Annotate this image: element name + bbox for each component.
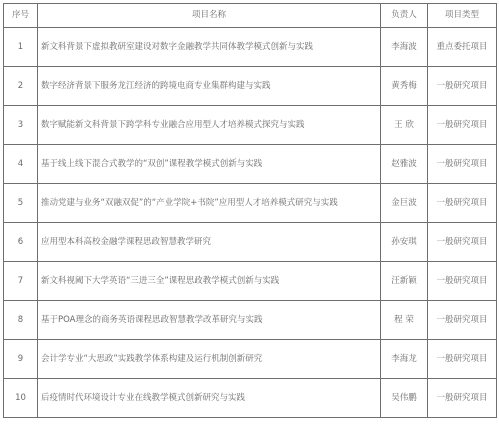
header-type: 项目类型: [428, 4, 497, 28]
row-type: 一般研究项目: [428, 145, 497, 184]
row-number: 1: [4, 28, 38, 67]
row-number: 8: [4, 301, 38, 340]
row-type: 一般研究项目: [428, 106, 497, 145]
table-row: 4 基于线上线下混合式教学的“双创”课程教学模式创新与实践 赵雅波 一般研究项目: [4, 145, 497, 184]
table-row: 5 推动党建与业务“双融双促”的“产业学院+书院”应用型人才培养模式研究与实践 …: [4, 184, 497, 223]
row-title: 后疫情时代环境设计专业在线教学模式创新研究与实践: [38, 379, 381, 418]
row-number: 10: [4, 379, 38, 418]
row-leader: 汪新颖: [381, 262, 428, 301]
row-title: 数字赋能新文科背景下跨学科专业融合应用型人才培养模式探究与实践: [38, 106, 381, 145]
row-leader: 黄秀梅: [381, 67, 428, 106]
row-number: 3: [4, 106, 38, 145]
row-title: 数字经济背景下服务龙江经济的跨境电商专业集群构建与实践: [38, 67, 381, 106]
row-number: 7: [4, 262, 38, 301]
row-title: 基于POA理念的商务英语课程思政智慧教学改革研究与实践: [38, 301, 381, 340]
row-type: 一般研究项目: [428, 301, 497, 340]
table-row: 9 会计学专业“大思政”实践教学体系构建及运行机制创新研究 李海龙 一般研究项目: [4, 340, 497, 379]
row-number: 5: [4, 184, 38, 223]
row-title: 新文科视阈下大学英语“三进三全”课程思政教学模式创新与实践: [38, 262, 381, 301]
row-title: 新文科背景下虚拟教研室建设对数字金融教学共同体教学模式创新与实践: [38, 28, 381, 67]
row-leader: 李海波: [381, 28, 428, 67]
table-row: 6 应用型本科高校金融学课程思政智慧教学研究 孙安琪 一般研究项目: [4, 223, 497, 262]
row-type: 一般研究项目: [428, 223, 497, 262]
row-title: 推动党建与业务“双融双促”的“产业学院+书院”应用型人才培养模式研究与实践: [38, 184, 381, 223]
table-row: 7 新文科视阈下大学英语“三进三全”课程思政教学模式创新与实践 汪新颖 一般研究…: [4, 262, 497, 301]
table-row: 1 新文科背景下虚拟教研室建设对数字金融教学共同体教学模式创新与实践 李海波 重…: [4, 28, 497, 67]
row-number: 4: [4, 145, 38, 184]
row-title: 会计学专业“大思政”实践教学体系构建及运行机制创新研究: [38, 340, 381, 379]
row-title: 基于线上线下混合式教学的“双创”课程教学模式创新与实践: [38, 145, 381, 184]
header-leader: 负责人: [381, 4, 428, 28]
row-type: 一般研究项目: [428, 184, 497, 223]
row-leader: 吴伟鹏: [381, 379, 428, 418]
header-title: 项目名称: [38, 4, 381, 28]
row-type: 一般研究项目: [428, 379, 497, 418]
table-header-row: 序号 项目名称 负责人 项目类型: [4, 4, 497, 28]
table-row: 2 数字经济背景下服务龙江经济的跨境电商专业集群构建与实践 黄秀梅 一般研究项目: [4, 67, 497, 106]
row-leader: 赵雅波: [381, 145, 428, 184]
row-type: 一般研究项目: [428, 340, 497, 379]
row-type: 一般研究项目: [428, 262, 497, 301]
row-leader: 李海龙: [381, 340, 428, 379]
row-number: 9: [4, 340, 38, 379]
row-number: 6: [4, 223, 38, 262]
row-number: 2: [4, 67, 38, 106]
row-title: 应用型本科高校金融学课程思政智慧教学研究: [38, 223, 381, 262]
row-type: 重点委托项目: [428, 28, 497, 67]
row-leader: 王 欣: [381, 106, 428, 145]
row-leader: 程 荣: [381, 301, 428, 340]
table-row: 3 数字赋能新文科背景下跨学科专业融合应用型人才培养模式探究与实践 王 欣 一般…: [4, 106, 497, 145]
table-row: 8 基于POA理念的商务英语课程思政智慧教学改革研究与实践 程 荣 一般研究项目: [4, 301, 497, 340]
row-leader: 孙安琪: [381, 223, 428, 262]
row-leader: 金巨波: [381, 184, 428, 223]
projects-table: 序号 项目名称 负责人 项目类型 1 新文科背景下虚拟教研室建设对数字金融教学共…: [3, 3, 497, 418]
header-number: 序号: [4, 4, 38, 28]
row-type: 一般研究项目: [428, 67, 497, 106]
table-row: 10 后疫情时代环境设计专业在线教学模式创新研究与实践 吴伟鹏 一般研究项目: [4, 379, 497, 418]
